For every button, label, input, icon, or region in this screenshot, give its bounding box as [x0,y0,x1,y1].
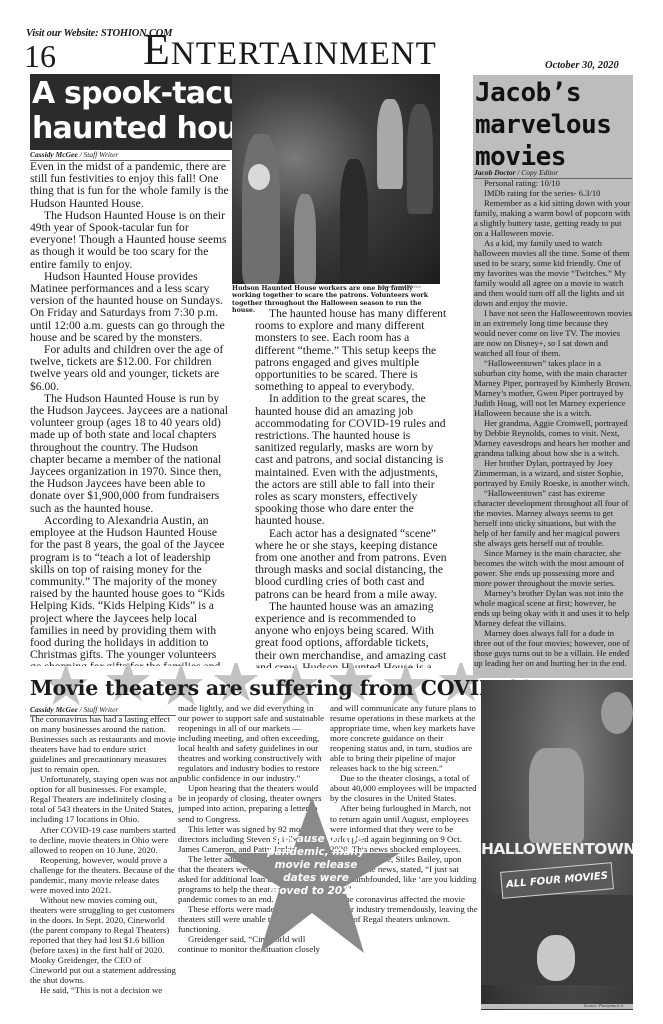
halloweentown-poster: HALLOWEENTOWN ALL FOUR MOVIES [481,680,633,1010]
paragraph: For adults and children over the age of … [30,344,230,393]
moon-graphic [601,692,633,734]
section-title-rest: NTERTAINMENT [171,36,437,72]
covid-column-1: The coronavirus has had a lasting effect… [30,714,178,1014]
paragraph: Each actor has a designated “scene” wher… [255,528,447,601]
paragraph: As a kid, my family used to watch hallow… [474,238,632,308]
paragraph: According to Alexandria Austin, an emplo… [30,515,230,666]
paragraph: “Halloweentown” cast has extreme charact… [474,488,632,548]
section-title-initial: E [143,25,171,74]
paragraph: The haunted house was an amazing experie… [255,601,447,668]
headline-line-2: marvelous [475,109,635,141]
paragraph: In addition to the great scares, the hau… [255,393,447,527]
section-title: ENTERTAINMENT [143,28,437,76]
paragraph: Remember as a kid sitting down with your… [474,198,632,238]
photo-credit: Stohion/Cassidy McGee [378,284,421,289]
author-role: / Staff Writer [78,150,119,159]
poster-title: HALLOWEENTOWN [481,840,633,858]
haunted-house-column-1: Even in the midst of a pandemic, there a… [30,161,230,666]
paragraph: The Hudson Haunted House is run by the H… [30,393,230,515]
paragraph: and will communicate any future plans to… [330,703,478,773]
author-role: / Staff Writer [78,705,119,714]
paragraph: Her grandma, Aggie Cromwell, portrayed b… [474,418,632,458]
paragraph: He said, “This is not a decision we [30,985,178,995]
covid-headline: Movie theaters are suffering from COVID-… [30,676,490,700]
paragraph: “Halloweentown” takes place in a suburba… [474,358,632,418]
author-name: Cassidy McGee [30,150,78,159]
haunted-house-column-2: The haunted house has many different roo… [255,308,447,668]
movies-headline: Jacob’s marvelous movies [475,77,635,173]
author-name: Cassidy McGee [30,705,78,714]
movies-body: Personal rating: 10/10 IMDb rating for t… [474,178,632,678]
haunted-house-headline: A spook-tacular haunted house [30,74,232,150]
paragraph: After COVID-19 case numbers started to d… [30,825,178,855]
paragraph: Her brother Dylan, portrayed by Joey Zim… [474,458,632,488]
paragraph: Hudson Haunted House provides Matinee pe… [30,271,230,344]
headline-line-1: Jacob’s [475,77,635,109]
pull-quote: “Because of the pandemic, many movie rel… [262,833,370,898]
pumpkin-graphic [537,935,575,981]
paragraph: Marney’s brother Dylan was not into the … [474,588,632,628]
author-role: / Copy Editor [515,168,558,177]
paragraph: Unfortunately, staying open was not an o… [30,774,178,824]
paragraph: Marney does always fall for a dude in th… [474,628,632,668]
poster-banner: ALL FOUR MOVIES [500,862,614,899]
poster-credit: Source: Prettymuch.it [584,1003,623,1008]
headline-line-2: haunted house [32,111,232,146]
paragraph: Reopening, however, would prove a challe… [30,855,178,895]
haunted-house-photo [232,74,440,284]
paragraph: The coronavirus has had a lasting effect… [30,714,178,774]
paragraph: IMDb rating for the series- 6.3/10 [474,188,632,198]
paragraph: Even in the midst of a pandemic, there a… [30,161,230,210]
author-name: Jacob Doctor [474,168,515,177]
paragraph: The haunted house has many different roo… [255,308,447,393]
paragraph: Since Marney is the main character, she … [474,548,632,588]
paragraph: Personal rating: 10/10 [474,178,632,188]
cast-graphic [529,748,584,843]
paragraph: Without new movies coming out, theaters … [30,895,178,985]
page-number: 16 [24,40,56,72]
haunted-house-byline: Cassidy McGee / Staff Writer [30,150,230,161]
paragraph: made lightly, and we did everything in o… [178,703,326,783]
paragraph: I have not seen the Halloweentown movies… [474,308,632,358]
issue-date: October 30, 2020 [545,60,619,71]
paragraph: The Hudson Haunted House is on their 49t… [30,210,230,271]
headline-line-1: A spook-tacular [32,76,232,111]
